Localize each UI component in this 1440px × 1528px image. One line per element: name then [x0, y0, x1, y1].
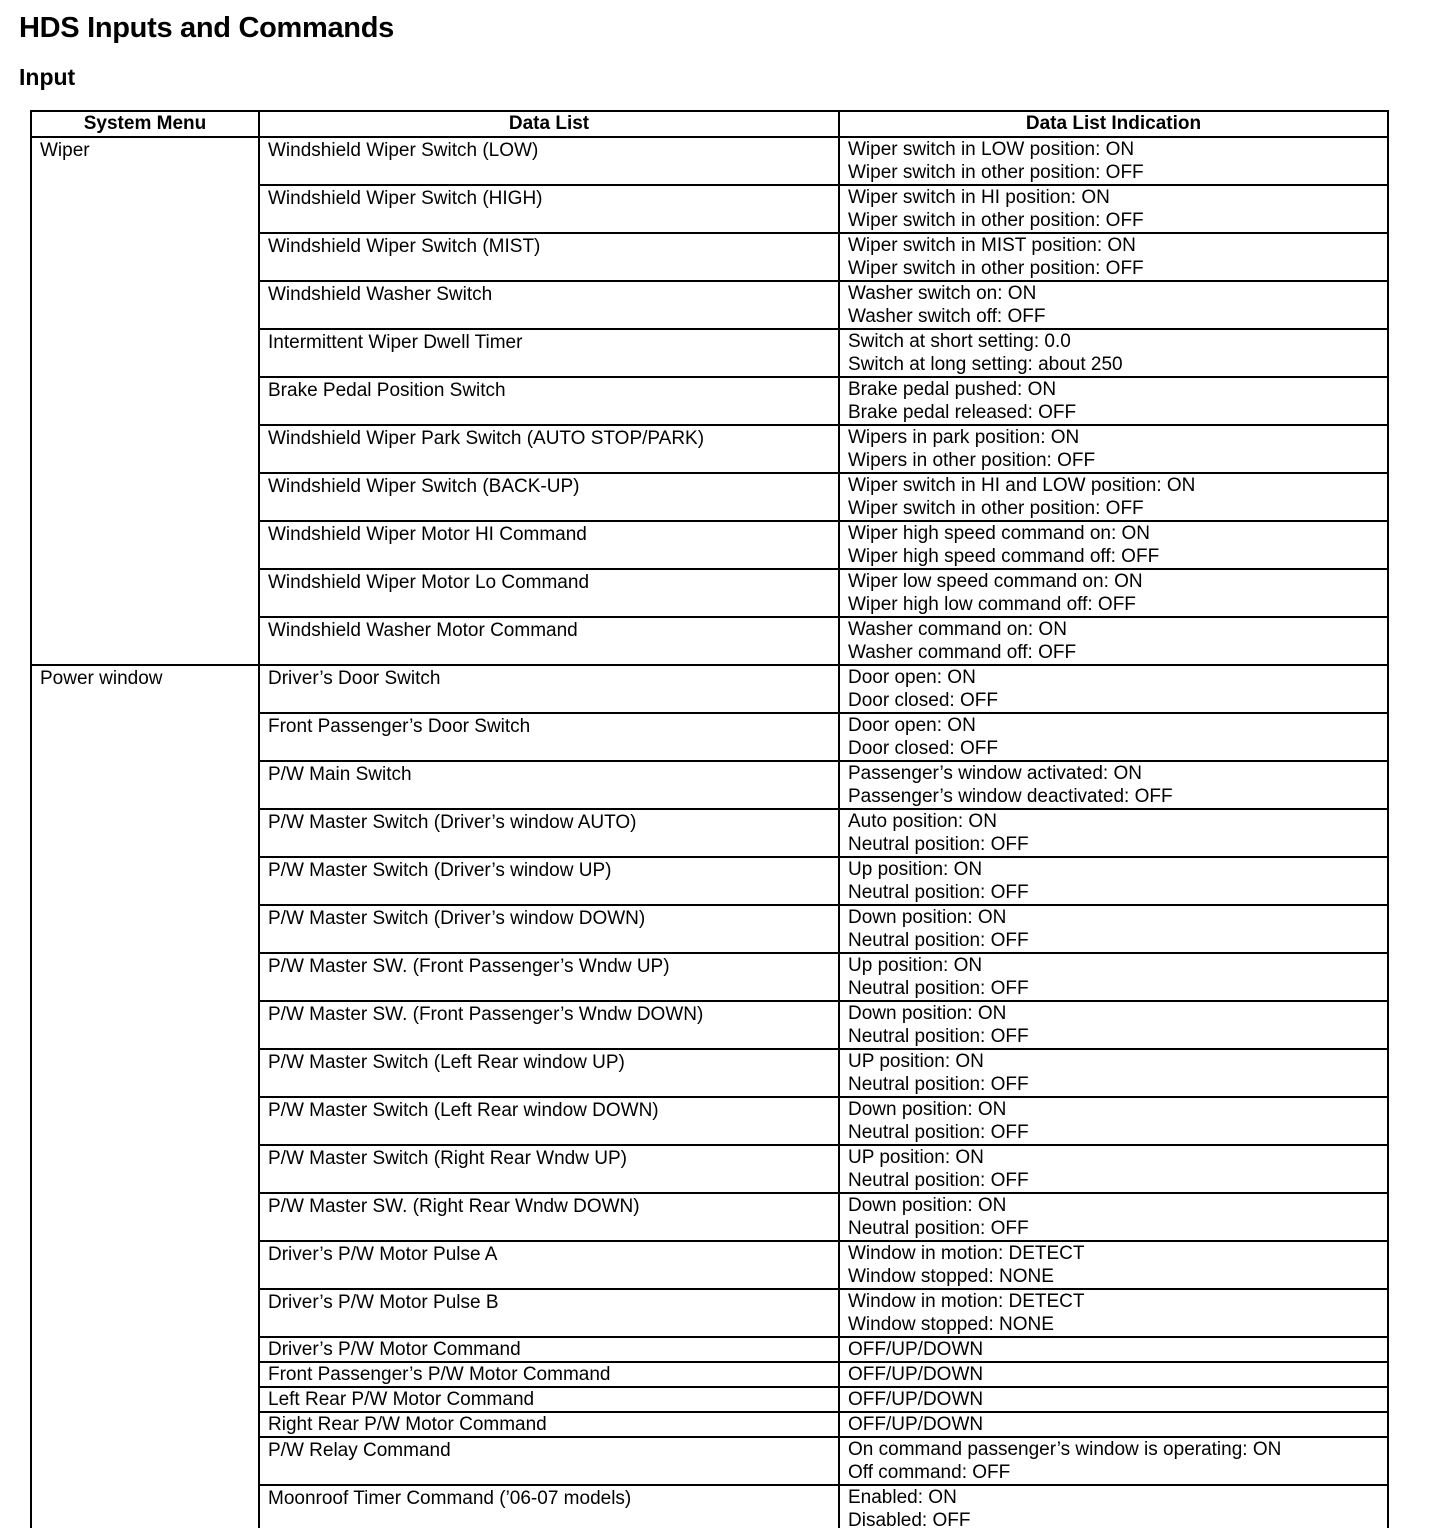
indication-line: Door open: ON: [848, 666, 1379, 689]
data-list-item: Windshield Wiper Switch (HIGH): [259, 185, 839, 233]
system-menu-cell: Wiper: [31, 137, 259, 665]
data-list-indication: Window in motion: DETECTWindow stopped: …: [839, 1289, 1388, 1337]
data-list-indication: Brake pedal pushed: ONBrake pedal releas…: [839, 377, 1388, 425]
data-list-item: Right Rear P/W Motor Command: [259, 1412, 839, 1437]
indication-line: Wiper switch in other position: OFF: [848, 257, 1379, 280]
indication-line: Washer switch off: OFF: [848, 305, 1379, 328]
data-list-indication: Wiper low speed command on: ONWiper high…: [839, 569, 1388, 617]
indication-line: Neutral position: OFF: [848, 977, 1379, 1000]
indication-line: Down position: ON: [848, 1098, 1379, 1121]
indication-line: OFF/UP/DOWN: [848, 1363, 1379, 1386]
indication-line: OFF/UP/DOWN: [848, 1413, 1379, 1436]
indication-line: Passenger’s window activated: ON: [848, 762, 1379, 785]
indication-line: UP position: ON: [848, 1146, 1379, 1169]
indication-line: Enabled: ON: [848, 1486, 1379, 1509]
data-list-indication: Wiper switch in HI and LOW position: ONW…: [839, 473, 1388, 521]
data-list-indication: UP position: ONNeutral position: OFF: [839, 1145, 1388, 1193]
data-list-item: P/W Master Switch (Driver’s window AUTO): [259, 809, 839, 857]
data-list-item: P/W Master SW. (Front Passenger’s Wndw U…: [259, 953, 839, 1001]
indication-line: Up position: ON: [848, 858, 1379, 881]
section-title: Input: [19, 64, 75, 91]
data-list-indication: Wiper switch in LOW position: ONWiper sw…: [839, 137, 1388, 185]
data-list-item: Moonroof Timer Command (’06-07 models): [259, 1485, 839, 1528]
indication-line: Brake pedal released: OFF: [848, 401, 1379, 424]
page-title: HDS Inputs and Commands: [19, 12, 394, 45]
data-list-item: Left Rear P/W Motor Command: [259, 1387, 839, 1412]
indication-line: Wiper high speed command on: ON: [848, 522, 1379, 545]
indication-line: Wiper switch in other position: OFF: [848, 161, 1379, 184]
data-list-indication: Down position: ONNeutral position: OFF: [839, 905, 1388, 953]
indication-line: Wiper low speed command on: ON: [848, 570, 1379, 593]
data-list-item: P/W Master SW. (Front Passenger’s Wndw D…: [259, 1001, 839, 1049]
data-list-indication: OFF/UP/DOWN: [839, 1362, 1388, 1387]
indication-line: Wipers in other position: OFF: [848, 449, 1379, 472]
indication-line: Washer switch on: ON: [848, 282, 1379, 305]
indication-line: Down position: ON: [848, 1002, 1379, 1025]
data-list-item: Driver’s Door Switch: [259, 665, 839, 713]
data-list-item: Driver’s P/W Motor Pulse A: [259, 1241, 839, 1289]
table-body: WiperWindshield Wiper Switch (LOW)Wiper …: [31, 137, 1388, 1528]
data-list-item: Windshield Wiper Switch (BACK-UP): [259, 473, 839, 521]
indication-line: Wiper switch in other position: OFF: [848, 497, 1379, 520]
table-header: System Menu Data List Data List Indicati…: [31, 111, 1388, 137]
data-list-indication: OFF/UP/DOWN: [839, 1337, 1388, 1362]
header-data-list-indication: Data List Indication: [839, 111, 1388, 137]
data-list-indication: Washer switch on: ONWasher switch off: O…: [839, 281, 1388, 329]
data-list-item: Windshield Wiper Switch (MIST): [259, 233, 839, 281]
data-list-indication: Wiper switch in MIST position: ONWiper s…: [839, 233, 1388, 281]
indication-line: Wiper high low command off: OFF: [848, 593, 1379, 616]
indication-line: Neutral position: OFF: [848, 1025, 1379, 1048]
data-list-item: Intermittent Wiper Dwell Timer: [259, 329, 839, 377]
header-data-list: Data List: [259, 111, 839, 137]
data-list-item: Front Passenger’s P/W Motor Command: [259, 1362, 839, 1387]
data-list-indication: Up position: ONNeutral position: OFF: [839, 953, 1388, 1001]
data-list-indication: Passenger’s window activated: ONPassenge…: [839, 761, 1388, 809]
system-menu-cell: Power window: [31, 665, 259, 1528]
data-list-item: P/W Master Switch (Driver’s window UP): [259, 857, 839, 905]
table-row: WiperWindshield Wiper Switch (LOW)Wiper …: [31, 137, 1388, 185]
indication-line: Neutral position: OFF: [848, 881, 1379, 904]
data-list-item: Front Passenger’s Door Switch: [259, 713, 839, 761]
indication-line: Wiper switch in HI and LOW position: ON: [848, 474, 1379, 497]
data-list-item: Driver’s P/W Motor Pulse B: [259, 1289, 839, 1337]
indication-line: Brake pedal pushed: ON: [848, 378, 1379, 401]
data-list-item: Windshield Wiper Park Switch (AUTO STOP/…: [259, 425, 839, 473]
data-list-indication: Down position: ONNeutral position: OFF: [839, 1193, 1388, 1241]
data-list-indication: OFF/UP/DOWN: [839, 1387, 1388, 1412]
indication-line: Down position: ON: [848, 1194, 1379, 1217]
data-list-item: Windshield Wiper Motor HI Command: [259, 521, 839, 569]
indication-line: Up position: ON: [848, 954, 1379, 977]
data-list-item: P/W Main Switch: [259, 761, 839, 809]
indication-line: Auto position: ON: [848, 810, 1379, 833]
data-list-indication: Door open: ONDoor closed: OFF: [839, 665, 1388, 713]
indication-line: Passenger’s window deactivated: OFF: [848, 785, 1379, 808]
indication-line: Window stopped: NONE: [848, 1313, 1379, 1336]
table-row: Power windowDriver’s Door SwitchDoor ope…: [31, 665, 1388, 713]
data-list-item: P/W Master Switch (Left Rear window DOWN…: [259, 1097, 839, 1145]
data-list-indication: Door open: ONDoor closed: OFF: [839, 713, 1388, 761]
indication-line: On command passenger’s window is operati…: [848, 1438, 1379, 1461]
indication-line: Wiper switch in LOW position: ON: [848, 138, 1379, 161]
data-list-item: P/W Master SW. (Right Rear Wndw DOWN): [259, 1193, 839, 1241]
data-list-item: P/W Relay Command: [259, 1437, 839, 1485]
indication-line: Neutral position: OFF: [848, 929, 1379, 952]
header-system-menu: System Menu: [31, 111, 259, 137]
indication-line: Neutral position: OFF: [848, 1217, 1379, 1240]
indication-line: Neutral position: OFF: [848, 833, 1379, 856]
indication-line: OFF/UP/DOWN: [848, 1388, 1379, 1411]
indication-line: Wiper switch in other position: OFF: [848, 209, 1379, 232]
data-list-indication: Auto position: ONNeutral position: OFF: [839, 809, 1388, 857]
indication-line: Wiper switch in HI position: ON: [848, 186, 1379, 209]
data-list-item: Windshield Wiper Motor Lo Command: [259, 569, 839, 617]
data-list-indication: Window in motion: DETECTWindow stopped: …: [839, 1241, 1388, 1289]
data-list-item: P/W Master Switch (Left Rear window UP): [259, 1049, 839, 1097]
indication-line: Off command: OFF: [848, 1461, 1379, 1484]
indication-line: UP position: ON: [848, 1050, 1379, 1073]
data-list-indication: On command passenger’s window is operati…: [839, 1437, 1388, 1485]
data-list-indication: UP position: ONNeutral position: OFF: [839, 1049, 1388, 1097]
data-list-indication: OFF/UP/DOWN: [839, 1412, 1388, 1437]
data-list-item: Brake Pedal Position Switch: [259, 377, 839, 425]
data-list-item: Windshield Washer Motor Command: [259, 617, 839, 665]
indication-line: Washer command off: OFF: [848, 641, 1379, 664]
data-list-item: P/W Master Switch (Driver’s window DOWN): [259, 905, 839, 953]
indication-line: Door open: ON: [848, 714, 1379, 737]
header-row: System Menu Data List Data List Indicati…: [31, 111, 1388, 137]
indication-line: Neutral position: OFF: [848, 1169, 1379, 1192]
hds-input-table: System Menu Data List Data List Indicati…: [30, 110, 1389, 1528]
data-list-indication: Wipers in park position: ONWipers in oth…: [839, 425, 1388, 473]
data-list-item: P/W Master Switch (Right Rear Wndw UP): [259, 1145, 839, 1193]
indication-line: Door closed: OFF: [848, 737, 1379, 760]
indication-line: Neutral position: OFF: [848, 1073, 1379, 1096]
indication-line: Wipers in park position: ON: [848, 426, 1379, 449]
data-list-indication: Down position: ONNeutral position: OFF: [839, 1001, 1388, 1049]
indication-line: Window in motion: DETECT: [848, 1242, 1379, 1265]
indication-line: Disabled: OFF: [848, 1509, 1379, 1528]
data-list-item: Windshield Wiper Switch (LOW): [259, 137, 839, 185]
indication-line: Window in motion: DETECT: [848, 1290, 1379, 1313]
data-list-item: Windshield Washer Switch: [259, 281, 839, 329]
data-list-indication: Enabled: ONDisabled: OFF: [839, 1485, 1388, 1528]
indication-line: Door closed: OFF: [848, 689, 1379, 712]
data-list-indication: Up position: ONNeutral position: OFF: [839, 857, 1388, 905]
data-list-indication: Down position: ONNeutral position: OFF: [839, 1097, 1388, 1145]
data-list-indication: Wiper switch in HI position: ONWiper swi…: [839, 185, 1388, 233]
indication-line: OFF/UP/DOWN: [848, 1338, 1379, 1361]
indication-line: Neutral position: OFF: [848, 1121, 1379, 1144]
data-list-indication: Switch at short setting: 0.0Switch at lo…: [839, 329, 1388, 377]
indication-line: Switch at short setting: 0.0: [848, 330, 1379, 353]
indication-line: Wiper high speed command off: OFF: [848, 545, 1379, 568]
data-list-indication: Washer command on: ONWasher command off:…: [839, 617, 1388, 665]
data-list-indication: Wiper high speed command on: ONWiper hig…: [839, 521, 1388, 569]
indication-line: Down position: ON: [848, 906, 1379, 929]
indication-line: Window stopped: NONE: [848, 1265, 1379, 1288]
indication-line: Washer command on: ON: [848, 618, 1379, 641]
indication-line: Wiper switch in MIST position: ON: [848, 234, 1379, 257]
indication-line: Switch at long setting: about 250: [848, 353, 1379, 376]
data-list-item: Driver’s P/W Motor Command: [259, 1337, 839, 1362]
